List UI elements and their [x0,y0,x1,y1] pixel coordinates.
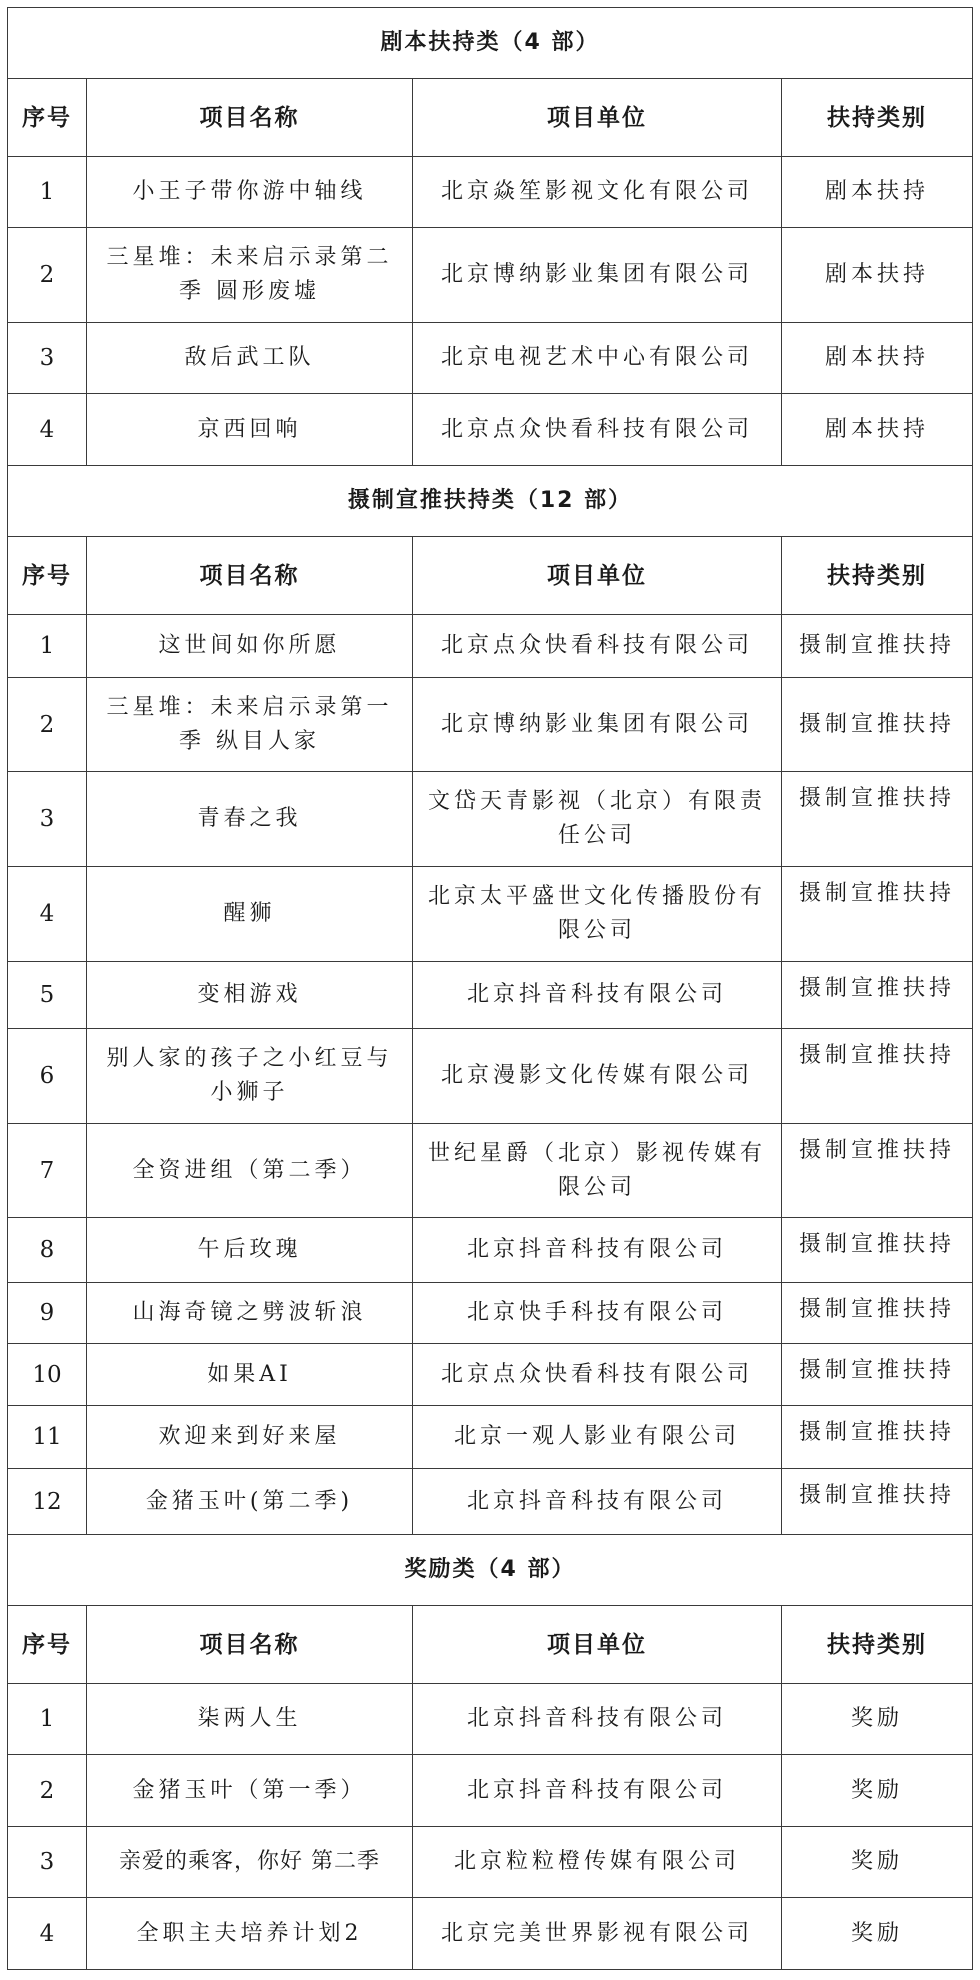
row-category: 奖励 [782,1684,973,1755]
row-name: 别人家的孩子之小红豆与小狮子 [87,1029,413,1124]
header-category: 扶持类别 [782,79,973,157]
row-name: 敌后武工队 [87,323,413,394]
row-unit: 北京粒粒橙传媒有限公司 [413,1827,782,1898]
row-category: 摄制宣推扶持 [782,962,973,1029]
row-index: 2 [8,228,87,323]
row-name: 醒狮 [87,867,413,962]
table-row: 6 别人家的孩子之小红豆与小狮子 北京漫影文化传媒有限公司 摄制宣推扶持 [8,1029,973,1124]
table-row: 3 亲爱的乘客，你好 第二季 北京粒粒橙传媒有限公司 奖励 [8,1827,973,1898]
row-category: 摄制宣推扶持 [782,1283,973,1344]
row-name: 京西回响 [87,394,413,466]
table-row: 5 变相游戏 北京抖音科技有限公司 摄制宣推扶持 [8,962,973,1029]
row-unit: 北京一观人影业有限公司 [413,1406,782,1469]
row-name: 三星堆：未来启示录第一季 纵目人家 [87,678,413,772]
row-category: 奖励 [782,1827,973,1898]
row-index: 9 [8,1283,87,1344]
table-row: 9 山海奇镜之劈波斩浪 北京快手科技有限公司 摄制宣推扶持 [8,1283,973,1344]
row-category: 剧本扶持 [782,323,973,394]
row-unit: 北京抖音科技有限公司 [413,1218,782,1283]
header-name: 项目名称 [87,537,413,615]
header-unit: 项目单位 [413,79,782,157]
row-index: 1 [8,1684,87,1755]
row-name: 山海奇镜之劈波斩浪 [87,1283,413,1344]
row-name: 金猪玉叶(第二季) [87,1469,413,1535]
row-index: 4 [8,394,87,466]
row-unit: 北京完美世界影视有限公司 [413,1898,782,1970]
row-category: 摄制宣推扶持 [782,615,973,678]
row-unit: 北京电视艺术中心有限公司 [413,323,782,394]
section-title: 奖励类（4 部） [8,1535,973,1606]
row-name: 亲爱的乘客，你好 第二季 [87,1827,413,1898]
row-index: 3 [8,772,87,867]
table-row: 4 全职主夫培养计划2 北京完美世界影视有限公司 奖励 [8,1898,973,1970]
row-index: 2 [8,1755,87,1827]
row-unit: 北京点众快看科技有限公司 [413,394,782,466]
header-category: 扶持类别 [782,1606,973,1684]
header-unit: 项目单位 [413,537,782,615]
row-name: 柒两人生 [87,1684,413,1755]
row-index: 4 [8,1898,87,1970]
header-name: 项目名称 [87,1606,413,1684]
row-index: 12 [8,1469,87,1535]
row-index: 4 [8,867,87,962]
table-row: 1 这世间如你所愿 北京点众快看科技有限公司 摄制宣推扶持 [8,615,973,678]
header-index: 序号 [8,537,87,615]
table-row: 7 全资进组（第二季） 世纪星爵（北京）影视传媒有限公司 摄制宣推扶持 [8,1124,973,1218]
table-row: 10 如果AI 北京点众快看科技有限公司 摄制宣推扶持 [8,1344,973,1406]
row-category: 奖励 [782,1755,973,1827]
table-row: 3 敌后武工队 北京电视艺术中心有限公司 剧本扶持 [8,323,973,394]
row-category: 摄制宣推扶持 [782,772,973,867]
row-index: 3 [8,1827,87,1898]
row-category: 摄制宣推扶持 [782,867,973,962]
row-unit: 北京抖音科技有限公司 [413,1755,782,1827]
column-header-row: 序号 项目名称 项目单位 扶持类别 [8,79,973,157]
row-index: 2 [8,678,87,772]
row-category: 摄制宣推扶持 [782,1218,973,1283]
header-unit: 项目单位 [413,1606,782,1684]
table-row: 4 京西回响 北京点众快看科技有限公司 剧本扶持 [8,394,973,466]
row-name: 如果AI [87,1344,413,1406]
table-row: 1 柒两人生 北京抖音科技有限公司 奖励 [8,1684,973,1755]
header-index: 序号 [8,79,87,157]
row-name: 小王子带你游中轴线 [87,157,413,228]
row-name: 全资进组（第二季） [87,1124,413,1218]
row-name: 这世间如你所愿 [87,615,413,678]
row-name: 变相游戏 [87,962,413,1029]
row-unit: 北京抖音科技有限公司 [413,1684,782,1755]
header-index: 序号 [8,1606,87,1684]
row-unit: 北京点众快看科技有限公司 [413,1344,782,1406]
table-row: 2 金猪玉叶（第一季） 北京抖音科技有限公司 奖励 [8,1755,973,1827]
row-name: 青春之我 [87,772,413,867]
section-title: 摄制宣推扶持类（12 部） [8,466,973,537]
project-table: 剧本扶持类（4 部） 序号 项目名称 项目单位 扶持类别 1 小王子带你游中轴线… [7,7,973,1970]
row-category: 剧本扶持 [782,394,973,466]
row-unit: 北京博纳影业集团有限公司 [413,678,782,772]
table-row: 2 三星堆：未来启示录第一季 纵目人家 北京博纳影业集团有限公司 摄制宣推扶持 [8,678,973,772]
row-index: 5 [8,962,87,1029]
row-index: 1 [8,157,87,228]
row-unit: 北京漫影文化传媒有限公司 [413,1029,782,1124]
row-unit: 世纪星爵（北京）影视传媒有限公司 [413,1124,782,1218]
row-unit: 北京快手科技有限公司 [413,1283,782,1344]
row-unit: 北京点众快看科技有限公司 [413,615,782,678]
row-name: 全职主夫培养计划2 [87,1898,413,1970]
table-row: 11 欢迎来到好来屋 北京一观人影业有限公司 摄制宣推扶持 [8,1406,973,1469]
row-unit: 北京焱笙影视文化有限公司 [413,157,782,228]
section-title-row: 奖励类（4 部） [8,1535,973,1606]
table-row: 12 金猪玉叶(第二季) 北京抖音科技有限公司 摄制宣推扶持 [8,1469,973,1535]
row-category: 奖励 [782,1898,973,1970]
row-category: 摄制宣推扶持 [782,1344,973,1406]
row-index: 10 [8,1344,87,1406]
table-row: 2 三星堆：未来启示录第二季 圆形废墟 北京博纳影业集团有限公司 剧本扶持 [8,228,973,323]
row-unit: 文岱天青影视（北京）有限责任公司 [413,772,782,867]
row-category: 剧本扶持 [782,157,973,228]
table-row: 1 小王子带你游中轴线 北京焱笙影视文化有限公司 剧本扶持 [8,157,973,228]
row-category: 摄制宣推扶持 [782,1029,973,1124]
row-name: 三星堆：未来启示录第二季 圆形废墟 [87,228,413,323]
row-category: 摄制宣推扶持 [782,1406,973,1469]
row-index: 1 [8,615,87,678]
row-name: 欢迎来到好来屋 [87,1406,413,1469]
row-index: 6 [8,1029,87,1124]
section-title: 剧本扶持类（4 部） [8,8,973,79]
column-header-row: 序号 项目名称 项目单位 扶持类别 [8,1606,973,1684]
row-index: 3 [8,323,87,394]
table-row: 4 醒狮 北京太平盛世文化传播股份有限公司 摄制宣推扶持 [8,867,973,962]
row-unit: 北京抖音科技有限公司 [413,962,782,1029]
row-category: 摄制宣推扶持 [782,1469,973,1535]
row-unit: 北京抖音科技有限公司 [413,1469,782,1535]
table-row: 3 青春之我 文岱天青影视（北京）有限责任公司 摄制宣推扶持 [8,772,973,867]
table-row: 8 午后玫瑰 北京抖音科技有限公司 摄制宣推扶持 [8,1218,973,1283]
row-index: 8 [8,1218,87,1283]
row-category: 摄制宣推扶持 [782,1124,973,1218]
section-title-row: 剧本扶持类（4 部） [8,8,973,79]
row-category: 摄制宣推扶持 [782,678,973,772]
section-title-row: 摄制宣推扶持类（12 部） [8,466,973,537]
row-index: 7 [8,1124,87,1218]
row-index: 11 [8,1406,87,1469]
row-unit: 北京太平盛世文化传播股份有限公司 [413,867,782,962]
row-name: 午后玫瑰 [87,1218,413,1283]
header-category: 扶持类别 [782,537,973,615]
row-name: 金猪玉叶（第一季） [87,1755,413,1827]
header-name: 项目名称 [87,79,413,157]
row-unit: 北京博纳影业集团有限公司 [413,228,782,323]
support-project-list-document: 剧本扶持类（4 部） 序号 项目名称 项目单位 扶持类别 1 小王子带你游中轴线… [7,7,972,1970]
row-category: 剧本扶持 [782,228,973,323]
column-header-row: 序号 项目名称 项目单位 扶持类别 [8,537,973,615]
